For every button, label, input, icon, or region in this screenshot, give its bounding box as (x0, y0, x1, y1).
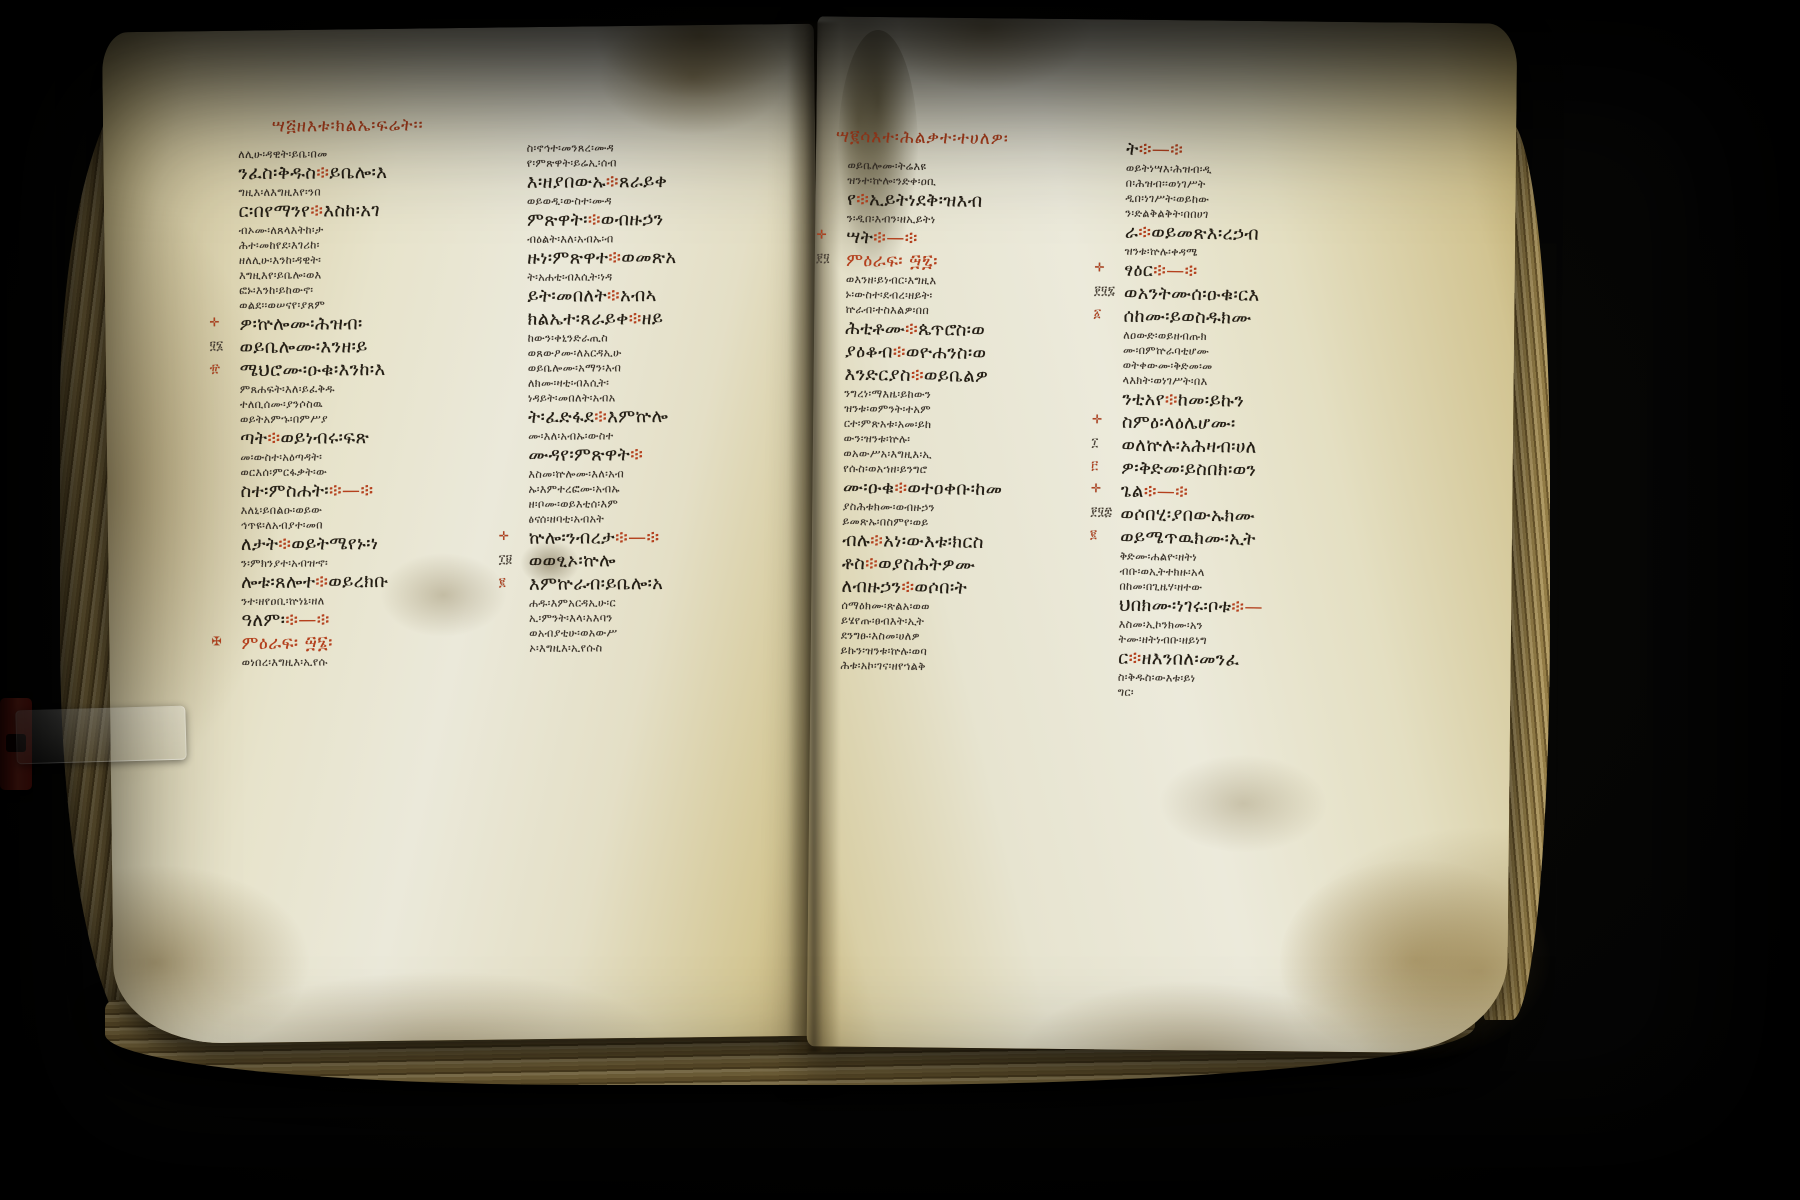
margin-mark: ✠ (212, 635, 223, 647)
margin-mark: ፫ (1091, 459, 1098, 471)
text-line: ወጸውዖሙ፡ለአርዳኢሁ (528, 344, 828, 361)
margin-mark: ✛ (816, 229, 827, 241)
margin-mark: ✛ (499, 530, 510, 542)
text-line: ፅናሰ፡ዘባቲ፡አብአት (529, 510, 829, 527)
margin-mark: ፻፶ (816, 252, 830, 264)
margin-mark: ፻፶፯ (1094, 284, 1115, 296)
right-page-column-2: ት፨—፨ወይትነሣእ፡ሕዝብ፡ዲበ፡ሕዝብ፡፡ወነገሥትዲበ፡ነገሥት፡ወይከው… (1118, 138, 1427, 705)
text-line: ይት፡መበለት፨አብኣ (527, 283, 827, 308)
text-line: ነዳይት፡መበለት፡አብአ (528, 389, 828, 406)
text-line: እ፡ዘያበውኡ፨ጸራይቀ (527, 169, 827, 194)
text-line: ሎቱ፡ጸሎተ፨ወይረክቡ (241, 569, 541, 594)
text-line: ፹ሜህሮሙ፡ዑቁ፡እንከ፡እ (240, 357, 540, 382)
text-line: ለክሙ፡ዛቲ፡ብእሲት፡ (528, 374, 828, 391)
margin-mark: ፻፶፰ (1090, 505, 1112, 517)
text-line: ✠ምዕራፍ፡ ፵፮፡ (242, 630, 542, 655)
left-page-column-2: ስ፡ኖኅተ፡መንጸረ፡ሙዳየ፡ምጽዋት፡ይሬኢ፡ሰብእ፡ዘያበውኡ፨ጸራይቀወይ… (527, 139, 830, 656)
text-line: ፲፱ወወፂኦ፡ኵሎ (529, 548, 829, 573)
margin-mark: ፹ (210, 362, 221, 374)
margin-mark: ፪ (1090, 528, 1097, 540)
text-line: ኦ፡እግዚእ፡ኢየሱስ (529, 639, 829, 656)
text-line: ✛ኵሎ፡ንብረታ፨—፨ (529, 525, 829, 550)
margin-mark: ✛ (1094, 261, 1105, 273)
text-line: ዓለም፡፨—፨ (241, 607, 541, 632)
text-line: ክልኤተ፡ጸራይቀ፨ዘይ (528, 306, 828, 331)
text-line: ወአብያቲሁ፡ወአውሥ (529, 624, 829, 641)
text-line: ት፡አሐቲ፡ብእሲት፡ነዳ (527, 268, 827, 285)
manuscript-photo: ሣ፭ዘእቱ፡ክልኤ፡ፍሬት፡፡ ሣ፪ሳእተ፡ሕልቃተ፡ተሀለዎ፡ ለሊሁ፡ዳዊት… (0, 0, 1800, 1200)
translucent-bookmark-strip (15, 706, 186, 765)
text-line: ንፈስ፡ቅዱስ፨ይቤሎ፡እ (238, 160, 538, 185)
text-line: ፶፮ወይቤሎሙ፡እንዘ፡ይ (239, 334, 539, 359)
text-line: ኡ፡እምተረፎሙ፡አብኡ (528, 480, 828, 497)
text-line: ✛ዎ፡ኵሎሙ፡ሕዝብ፡ (239, 311, 539, 336)
right-page-rubric-header: ሣ፪ሳእተ፡ሕልቃተ፡ተሀለዎ፡ (836, 127, 1009, 149)
text-line: ስተ፡ምስሐት፡፨—፨ (241, 478, 541, 503)
text-line: ወይወዲ፡ውስተ፡ሙዳ (527, 192, 827, 209)
text-line: ወይቤሎሙ፡አማን፡እብ (528, 359, 828, 376)
text-line: ሐዱ፡እምአርዳኢሁ፡ር (529, 594, 829, 611)
text-line: ዘ፡ቦሙ፡ወይእቲሰ፡እም (529, 495, 829, 512)
text-line: የ፡ምጽዋት፡ይሬኢ፡ሰብ (527, 154, 827, 171)
margin-mark: ፩ (1094, 307, 1102, 319)
margin-mark: ፪ (499, 576, 506, 588)
text-line: እስመ፡ኵሎሙ፡እለ፡አብ (528, 465, 828, 482)
margin-mark: ፲፱ (499, 553, 513, 565)
left-page-column-1: ለሊሁ፡ዳዊት፡ይቤ፡በመንፈስ፡ቅዱስ፨ይቤሎ፡እግዚእ፡ለእግዚእየ፡ንበር… (238, 145, 542, 670)
text-line: ኢ፡ምንት፡እላ፡አእባን (529, 609, 829, 626)
margin-mark: ፶፮ (210, 339, 224, 351)
text-line: ምጽዋት፡፨ወብዙኃን (527, 207, 827, 232)
text-line: ለታት፨ወይትሜየኑ፡ነ (241, 531, 541, 556)
margin-mark: ✛ (1092, 413, 1103, 425)
left-page-rubric-header: ሣ፭ዘእቱ፡ክልኤ፡ፍሬት፡፡ (272, 115, 424, 136)
text-line: ር፡በየማንየ፨እስከ፡አገ (239, 198, 539, 223)
text-line: ወነበረ፡እግዚእ፡ኢየሱ (242, 653, 542, 670)
text-line: ሙዳየ፡ምጽዋት፨ (528, 442, 828, 467)
text-line: ጣት፨ወይነብሩ፡ፍጽ (240, 425, 540, 450)
text-line: ት፡ፈድፋደ፨እምኵሎ (528, 404, 828, 429)
text-line: ፪እምኵራብ፡ይቤሎ፡አ (529, 571, 829, 596)
text-line: ከውን፡ቀኒንድራጢስ (528, 329, 828, 346)
text-line: ሙ፡እለ፡አብኡ፡ውስተ (528, 427, 828, 444)
margin-mark: ✛ (209, 316, 220, 328)
margin-mark: ፲ (1092, 436, 1099, 448)
margin-mark: ✛ (1091, 482, 1102, 494)
text-line: ብዕልት፡እለ፡አብኡ፡ብ (527, 230, 827, 247)
text-line: ዙነ፡ምጽዋተ፨ወመጽአ (527, 245, 827, 270)
text-line: ስ፡ኖኅተ፡መንጸረ፡ሙዳ (527, 139, 827, 156)
